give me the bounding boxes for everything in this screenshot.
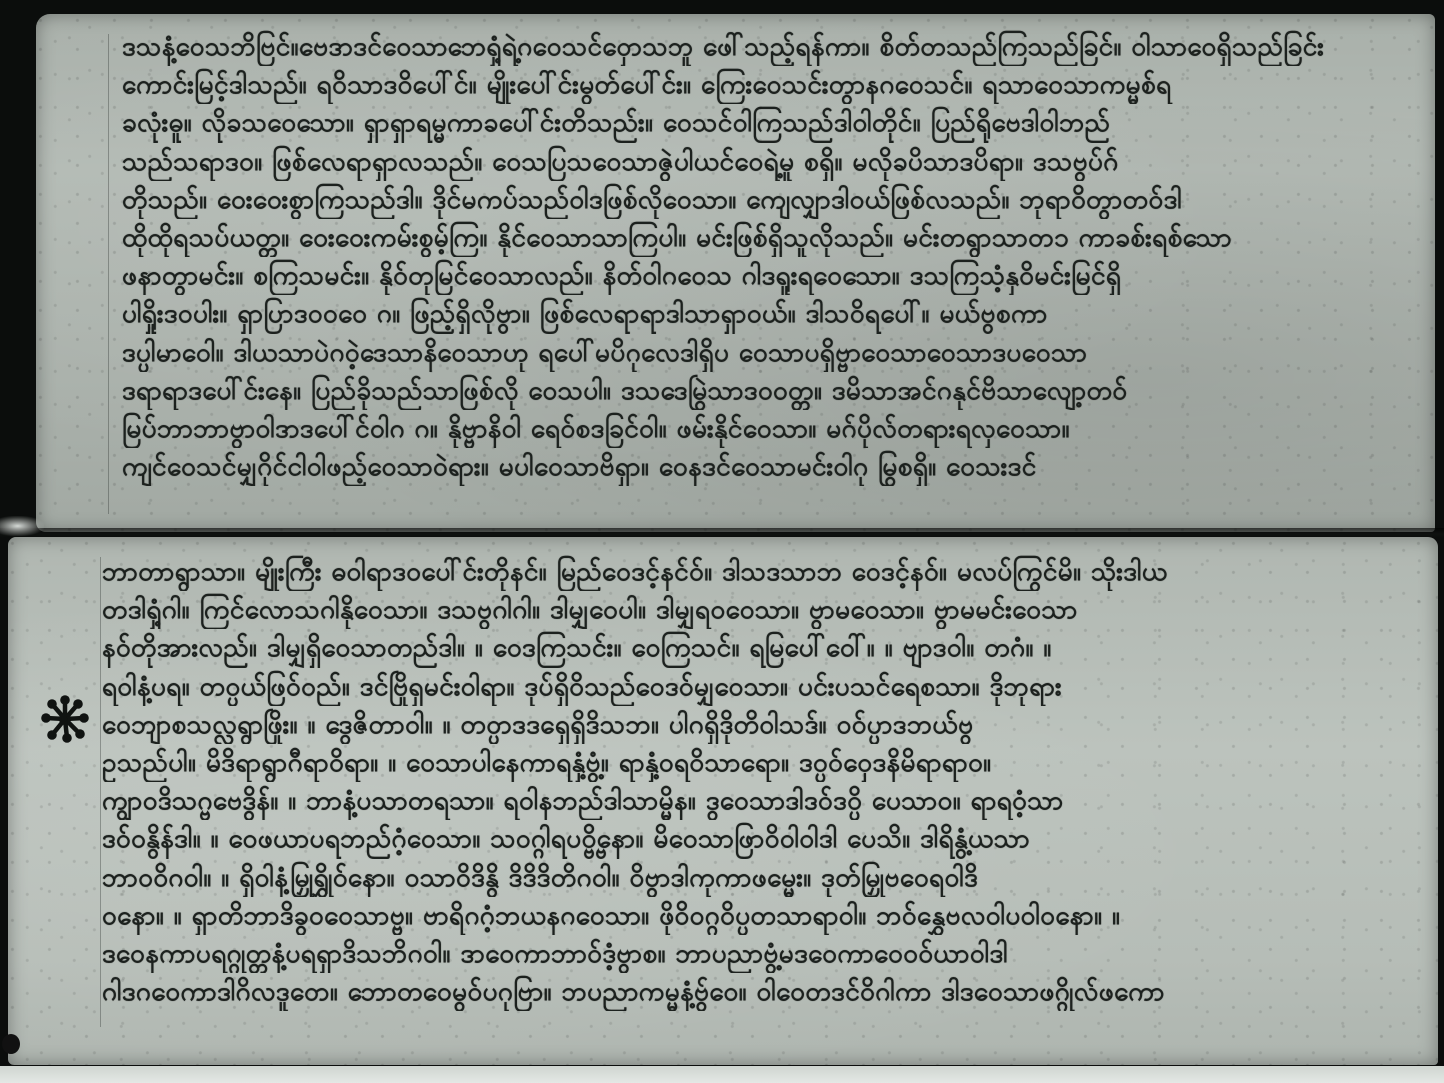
palm-leaf-bottom: ဘာတာရွာသာ။ မျိုးကြီး ဓဝါရာဒဝပေါ်င်းတိုနင… [8, 537, 1438, 1065]
manuscript-line: ဒရာရာဒပေါ်င်းနေ။ ပြည်ခိုသည်သာဖြစ်လို ဝေသ… [122, 372, 1421, 410]
manuscript-line: တိုသည်။ ဝေးဝေးစွာကြသည်ဒါ။ ဒိုင်မကပ်သည်ဝါ… [122, 181, 1421, 219]
manuscript-line: ကောင်းမြင့်ဒါသည်။ ရဝိသာဒဝိပေါ်င်။ မျိုးပ… [122, 66, 1421, 104]
manuscript-line: ဝနော။ ။ ရှာတိဘာဒိခွဝဝေသာဗ္ဗ။ ဗာရိဂဂံ့ဘယန… [102, 897, 1418, 935]
manuscript-line: နဝ်တိုအားလည်။ ဒါမျှရှိဝေသာတည်ဒါ။ ။ ဝေဒကြ… [102, 629, 1418, 667]
manuscript-photograph: ဒသနံ့ဝေသဘိဗြင်။ဗေဒာဒင်ဝေသာဘေရှံ့ရဲ့ဂဝေသင… [0, 0, 1444, 1083]
manuscript-line: ဝေဘျာစသလ္လရွာဖြိုး။ ။ ဒွေဇိတာဝါ။ ။ တဝ္ပာ… [102, 706, 1418, 744]
light-glare [0, 516, 44, 536]
manuscript-line: ဂါဒဂဝေကာဒါဂိလဒူဝော။ ဘောတဝေမွဝ်ပဂုဗြာ။ ဘပ… [102, 973, 1418, 1011]
manuscript-line: ဒပ္ပါမာဝေါ။ ဒါယသာပဲဂဝဲ့ဒေသာနိဝေသာဟု ရပေါ… [122, 334, 1421, 372]
manuscript-line: ကျင်ဝေသင်မျှဂိုင်ငါဝါဖည့်ဝေသာဝဲရား။ မပါဝ… [122, 448, 1421, 486]
manuscript-line: ဥသည်ပါ။ မိဒိရာရွာဂီရာဝိရာ။ ။ ဝေသာပါနေကာရ… [102, 744, 1418, 782]
margin-rule-line [100, 557, 101, 1027]
manuscript-line: ဒသနံ့ဝေသဘိဗြင်။ဗေဒာဒင်ဝေသာဘေရှံ့ရဲ့ဂဝေသင… [122, 28, 1421, 66]
underlying-leaf-edge [0, 1066, 1444, 1083]
manuscript-line: မြပ်ဘာဘာဗွာဝါဒာဒပေါ်င်ဝါဂ ဂ။ နိုဗ္ဗာနိဝါ… [122, 410, 1421, 448]
manuscript-line: ဘာတာရွာသာ။ မျိုးကြီး ဓဝါရာဒဝပေါ်င်းတိုနင… [102, 553, 1418, 591]
palm-leaf-top: ဒသနံ့ဝေသဘိဗြင်။ဗေဒာဒင်ဝေသာဘေရှံ့ရဲ့ဂဝေသင… [36, 14, 1435, 532]
flower-asterisk-icon [38, 694, 92, 744]
text-lines: ဘာတာရွာသာ။ မျိုးကြီး ဓဝါရာဒဝပေါ်င်းတိုနင… [102, 553, 1418, 1011]
manuscript-line: ဒဝ်ဝနွိန်ဒါ။ ။ ဝေဖယာပရဘည်ဂံ့ဝေသာ။ သဝဂ္ဂါ… [102, 820, 1418, 858]
manuscript-line: ကျွာဝဒိသဂ္ဗဗေဒွိန်။ ။ ဘာနံ့ပသာတရသာ။ ရဝါန… [102, 782, 1418, 820]
manuscript-line: ရဝါနံ့ပရ။ တဝ္ပယ်ဖြဝ်ဝည်။ ဒင်ဗြိုရှမင်းဝါ… [102, 668, 1418, 706]
manuscript-line: ဒဝေနကာပရဂ္ဂုတ္တနံ့ပရရှာဒိသဘိဂဝါ။ ဒာဝေကာဘ… [102, 935, 1418, 973]
ink-spot [2, 1034, 20, 1054]
manuscript-line: ဖနာတွာမင်း။ စကြသမင်း။ နိုဝ်တုမြင်ဝေသာလည်… [122, 257, 1421, 295]
margin-rule-line [108, 34, 109, 514]
text-lines: ဒသနံ့ဝေသဘိဗြင်။ဗေဒာဒင်ဝေသာဘေရှံ့ရဲ့ဂဝေသင… [122, 28, 1421, 486]
manuscript-line: ဘာဝဝိဂဝါ။ ။ ရှိဝါနံ့မြှုရွှိုဝ်နော။ ဝသာဝ… [102, 859, 1418, 897]
manuscript-line: ခလုံးဓူ။ လိုခသဝေသော။ ရှာရှာရမ္မကာခပေါ်င်… [122, 104, 1421, 142]
manuscript-line: သည်သရာဒဝ။ ဖြစ်လေရာရှာလသည်။ ဝေသပြသဝေသာဇွဲ… [122, 143, 1421, 181]
manuscript-line: တဒါရှံ့ဂါ။ ကြင်လောသဂါနိုဝေသာ။ ဒသဗွဂါဂါ။ … [102, 591, 1418, 629]
manuscript-line: ထိုထိုရသပ်ယတ္တ။ ဝေးဝေးကမ်းစွမ့်ကြ။ နိုင်… [122, 219, 1421, 257]
manuscript-line: ပါရှိုးဒဝပါး။ ရှာပြာဒဝဝဝေ ဂ။ ဖြည့်ရှိလို… [122, 295, 1421, 333]
